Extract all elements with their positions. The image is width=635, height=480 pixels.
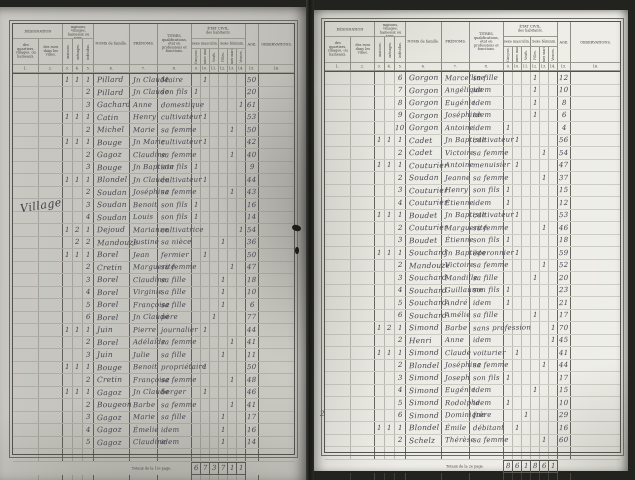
desig-hameau bbox=[325, 222, 351, 234]
etat-civil-mark bbox=[513, 385, 522, 397]
nom-cell: Cadet bbox=[406, 147, 442, 159]
no-individu: 1 bbox=[395, 322, 406, 334]
etat-civil-mark: 1 bbox=[513, 210, 522, 222]
prenom-cell: Marguerite bbox=[442, 222, 470, 234]
no-maison: 1 bbox=[63, 387, 73, 399]
etat-civil-mark bbox=[201, 412, 210, 424]
no-maison bbox=[375, 85, 385, 97]
titre-cell: cultivateur bbox=[158, 112, 192, 124]
etat-civil-mark bbox=[210, 237, 219, 249]
no-menage bbox=[385, 97, 395, 109]
titre-cell: sa fille bbox=[158, 287, 192, 299]
titre-cell: sa fille bbox=[158, 299, 192, 311]
etat-civil-mark bbox=[504, 272, 513, 284]
titre-cell: idem bbox=[470, 297, 504, 309]
etat-civil-mark: 1 bbox=[549, 335, 558, 347]
etat-civil-mark bbox=[549, 422, 558, 434]
desig-rue bbox=[351, 410, 375, 422]
desig-rue bbox=[351, 247, 375, 259]
observations-cell bbox=[259, 324, 294, 336]
observations-cell bbox=[571, 72, 620, 84]
desig-hameau bbox=[325, 197, 351, 209]
etat-civil-mark bbox=[540, 397, 549, 409]
desig-rue bbox=[39, 424, 63, 436]
etat-civil-mark bbox=[513, 222, 522, 234]
observations-cell bbox=[571, 297, 620, 309]
no-maison bbox=[63, 149, 73, 161]
observations-cell bbox=[571, 97, 620, 109]
titre-cell: sa femme bbox=[158, 374, 192, 386]
no-menage bbox=[385, 172, 395, 184]
table-row: 6SouchardAméliesa fille117 bbox=[325, 310, 620, 323]
etat-civil-mark bbox=[192, 424, 201, 436]
etat-civil-mark bbox=[237, 174, 246, 186]
no-individu: 2 bbox=[395, 147, 406, 159]
etat-civil-mark bbox=[210, 199, 219, 211]
prenom-cell: André bbox=[442, 297, 470, 309]
etat-civil-mark bbox=[237, 74, 246, 86]
desig-rue bbox=[39, 399, 63, 411]
desig-hameau bbox=[325, 235, 351, 247]
nom-cell: Mandouze bbox=[94, 237, 130, 249]
nom-cell: Juin bbox=[94, 349, 130, 361]
prenom-cell: Émelie bbox=[130, 424, 158, 436]
etat-civil-mark bbox=[201, 287, 210, 299]
no-menage bbox=[385, 372, 395, 384]
observations-cell bbox=[259, 124, 294, 136]
prenom-cell: Jn Marie bbox=[130, 137, 158, 149]
etat-civil-mark bbox=[549, 347, 558, 359]
desig-rue bbox=[39, 87, 63, 99]
etat-civil-mark bbox=[522, 72, 531, 84]
observations-cell bbox=[259, 199, 294, 211]
no-maison bbox=[63, 212, 73, 224]
etat-civil-mark bbox=[513, 372, 522, 384]
no-menage bbox=[73, 337, 83, 349]
desig-hameau bbox=[13, 299, 39, 311]
age-cell: 17 bbox=[558, 310, 571, 322]
etat-civil-mark bbox=[192, 74, 201, 86]
etat-civil-mark bbox=[513, 285, 522, 297]
prenom-cell: Claudine bbox=[130, 437, 158, 449]
prenom-cell: Barbe bbox=[130, 399, 158, 411]
etat-civil-mark bbox=[540, 197, 549, 209]
etat-civil-mark bbox=[549, 410, 558, 422]
etat-civil-mark: 1 bbox=[201, 174, 210, 186]
age-cell: 12 bbox=[558, 197, 571, 209]
col-number: 8. bbox=[158, 65, 192, 73]
etat-civil-mark bbox=[531, 185, 540, 197]
etat-civil-mark bbox=[522, 197, 531, 209]
no-maison bbox=[375, 260, 385, 272]
desig-hameau bbox=[325, 347, 351, 359]
etat-civil-mark bbox=[504, 410, 513, 422]
no-menage bbox=[73, 187, 83, 199]
no-individu: 4 bbox=[83, 424, 94, 436]
desig-hameau bbox=[13, 412, 39, 424]
table-row: 6GorgonMarcellinesa fille112 bbox=[325, 72, 620, 85]
titre-cell: idem bbox=[470, 197, 504, 209]
etat-civil-mark: 1 bbox=[228, 187, 237, 199]
etat-civil-mark: 1 bbox=[192, 212, 201, 224]
etat-civil-mark bbox=[228, 224, 237, 236]
table-row: 2CretinMargueritesa femme147 bbox=[13, 262, 294, 275]
no-maison: 1 bbox=[375, 135, 385, 147]
titre-cell: son fils bbox=[158, 162, 192, 174]
no-menage bbox=[385, 360, 395, 372]
no-menage bbox=[385, 335, 395, 347]
etat-civil-mark: 1 bbox=[201, 362, 210, 374]
prenom-cell: Angélique bbox=[442, 85, 470, 97]
etat-civil-mark bbox=[237, 387, 246, 399]
book-binding bbox=[306, 0, 314, 480]
col-age: AGE. bbox=[558, 22, 571, 63]
no-maison bbox=[63, 349, 73, 361]
col-menages: ménages. bbox=[73, 39, 83, 65]
etat-civil-mark: 1 bbox=[504, 197, 513, 209]
etat-civil-mark bbox=[228, 212, 237, 224]
etat-civil-mark bbox=[522, 435, 531, 447]
titre-cell: cultivatrice bbox=[158, 224, 192, 236]
nom-cell: Couturier bbox=[406, 197, 442, 209]
desig-hameau bbox=[13, 74, 39, 86]
age-cell: 4 bbox=[558, 122, 571, 134]
etat-civil-mark: 1 bbox=[513, 347, 522, 359]
etat-civil-mark bbox=[513, 122, 522, 134]
no-individu: 2 bbox=[83, 374, 94, 386]
no-menage: 1 bbox=[385, 247, 395, 259]
desig-rue bbox=[39, 437, 63, 449]
nom-cell: Souchard bbox=[406, 247, 442, 259]
etat-civil-mark: 1 bbox=[513, 247, 522, 259]
desig-hameau bbox=[325, 397, 351, 409]
no-maison bbox=[63, 124, 73, 136]
age-cell: 50 bbox=[246, 362, 259, 374]
col-number: 15. bbox=[558, 63, 571, 71]
etat-civil-mark bbox=[522, 172, 531, 184]
observations-cell bbox=[571, 197, 620, 209]
age-cell: 16 bbox=[246, 424, 259, 436]
desig-rue bbox=[351, 85, 375, 97]
desig-hameau bbox=[325, 72, 351, 84]
etat-civil-mark bbox=[237, 399, 246, 411]
no-menage bbox=[73, 124, 83, 136]
etat-civil-mark bbox=[540, 97, 549, 109]
titre-cell: sa fille bbox=[158, 349, 192, 361]
col-number: 5. bbox=[395, 63, 406, 71]
etat-civil-mark bbox=[540, 410, 549, 422]
etat-civil-mark: 1 bbox=[219, 237, 228, 249]
etat-civil-mark bbox=[504, 385, 513, 397]
etat-civil-mark bbox=[201, 437, 210, 449]
no-individu: 2 bbox=[83, 87, 94, 99]
etat-civil-mark bbox=[192, 287, 201, 299]
no-individu: 1 bbox=[83, 174, 94, 186]
table-row: 3GachardAnnedomestique161 bbox=[13, 99, 294, 112]
titre-cell: Maire bbox=[158, 74, 192, 86]
etat-civil-mark bbox=[228, 324, 237, 336]
desig-hameau bbox=[13, 124, 39, 136]
etat-civil-mark: 1 bbox=[201, 137, 210, 149]
no-individu: 7 bbox=[395, 85, 406, 97]
etat-civil-mark bbox=[522, 272, 531, 284]
table-row: 4CouturierÉtienneidem112 bbox=[325, 197, 620, 210]
no-individu: 2 bbox=[395, 222, 406, 234]
desig-hameau bbox=[13, 249, 39, 261]
age-cell: 77 bbox=[246, 312, 259, 324]
etat-civil-mark bbox=[228, 87, 237, 99]
etat-civil-mark bbox=[513, 172, 522, 184]
no-individu: 2 bbox=[83, 262, 94, 274]
col-etat-civil-sub: Filles. bbox=[531, 47, 540, 63]
no-menage bbox=[73, 274, 83, 286]
etat-civil-mark bbox=[210, 399, 219, 411]
table-row: 9GorgonJoséphineidem16 bbox=[325, 110, 620, 123]
etat-civil-mark: 1 bbox=[237, 224, 246, 236]
no-individu: 10 bbox=[395, 122, 406, 134]
no-maison bbox=[63, 437, 73, 449]
etat-civil-mark bbox=[513, 72, 522, 84]
etat-civil-mark bbox=[531, 397, 540, 409]
etat-civil-mark bbox=[201, 299, 210, 311]
no-maison bbox=[375, 185, 385, 197]
etat-civil-mark bbox=[549, 197, 558, 209]
desig-rue bbox=[351, 147, 375, 159]
no-individu: 2 bbox=[395, 172, 406, 184]
no-maison: 1 bbox=[63, 224, 73, 236]
no-individu: 3 bbox=[83, 199, 94, 211]
no-individu: 9 bbox=[395, 110, 406, 122]
table-row: 111BlondelJn Claudecultivateur144 bbox=[13, 174, 294, 187]
nom-cell: Boudet bbox=[406, 235, 442, 247]
titre-cell: journalier bbox=[158, 324, 192, 336]
col-titres: TITRES, qualifications, état ou professi… bbox=[470, 22, 504, 63]
observations-cell bbox=[571, 235, 620, 247]
titre-cell: sa femme bbox=[158, 337, 192, 349]
nom-cell: Borel bbox=[94, 312, 130, 324]
etat-civil-mark bbox=[540, 422, 549, 434]
etat-civil-mark bbox=[219, 262, 228, 274]
age-cell: 8 bbox=[558, 97, 571, 109]
etat-civil-mark bbox=[228, 237, 237, 249]
etat-civil-mark bbox=[522, 372, 531, 384]
titre-cell: son fils bbox=[158, 199, 192, 211]
titre-cell: sa femme bbox=[158, 399, 192, 411]
etat-civil-mark: 1 bbox=[504, 122, 513, 134]
etat-civil-mark bbox=[237, 312, 246, 324]
etat-civil-mark bbox=[522, 385, 531, 397]
etat-civil-mark bbox=[210, 412, 219, 424]
nom-cell: Schelz bbox=[406, 435, 442, 447]
etat-civil-mark bbox=[228, 99, 237, 111]
table-row: 6SimondDominiquefrère129 bbox=[325, 410, 620, 423]
etat-civil-mark bbox=[540, 135, 549, 147]
filler-row bbox=[325, 473, 620, 480]
observations-cell bbox=[259, 299, 294, 311]
nom-cell: Bougeon bbox=[94, 399, 130, 411]
no-maison bbox=[375, 110, 385, 122]
col-number: 14. bbox=[549, 63, 558, 71]
etat-civil-mark bbox=[201, 262, 210, 274]
no-individu: 1 bbox=[83, 324, 94, 336]
table-row: 4SoudanLouisson fils114 bbox=[13, 212, 294, 225]
etat-civil-mark bbox=[228, 74, 237, 86]
etat-civil-mark bbox=[531, 172, 540, 184]
nom-cell: Soudan bbox=[94, 187, 130, 199]
observations-cell bbox=[259, 287, 294, 299]
etat-civil-mark bbox=[210, 212, 219, 224]
no-menage bbox=[385, 222, 395, 234]
etat-civil-mark bbox=[504, 310, 513, 322]
desig-hameau bbox=[325, 147, 351, 159]
no-maison bbox=[63, 312, 73, 324]
col-sexe-masculin: Sexe masculin. bbox=[504, 37, 531, 47]
etat-civil-mark bbox=[549, 97, 558, 109]
age-cell: 46 bbox=[246, 387, 259, 399]
etat-civil-mark bbox=[549, 297, 558, 309]
nom-cell: Gagoz bbox=[94, 412, 130, 424]
col-number: 16. bbox=[259, 65, 294, 73]
desig-hameau bbox=[325, 297, 351, 309]
desig-rue bbox=[39, 74, 63, 86]
col-number: 1. bbox=[13, 65, 39, 73]
age-cell: 54 bbox=[558, 147, 571, 159]
etat-civil-mark: 1 bbox=[504, 297, 513, 309]
etat-civil-mark: 1 bbox=[540, 260, 549, 272]
table-row: 4GagozÉmelieidem116 bbox=[13, 424, 294, 437]
no-maison: 1 bbox=[63, 174, 73, 186]
col-number: 13. bbox=[540, 63, 549, 71]
etat-civil-mark bbox=[201, 424, 210, 436]
no-individu: 2 bbox=[83, 237, 94, 249]
no-menage bbox=[385, 410, 395, 422]
etat-civil-mark bbox=[201, 212, 210, 224]
etat-civil-mark bbox=[513, 260, 522, 272]
etat-civil-mark bbox=[513, 110, 522, 122]
etat-civil-mark: 1 bbox=[210, 312, 219, 324]
etat-civil-mark bbox=[219, 162, 228, 174]
etat-civil-mark bbox=[504, 85, 513, 97]
etat-civil-mark bbox=[210, 374, 219, 386]
no-maison bbox=[375, 310, 385, 322]
titre-cell: son fils bbox=[470, 235, 504, 247]
etat-civil-mark bbox=[531, 222, 540, 234]
table-row: 5BorelFrançoisesa fille16 bbox=[13, 299, 294, 312]
etat-civil-mark bbox=[522, 122, 531, 134]
etat-civil-mark bbox=[228, 274, 237, 286]
no-menage: 1 bbox=[73, 74, 83, 86]
age-cell: 23 bbox=[558, 285, 571, 297]
observations-cell bbox=[259, 187, 294, 199]
desig-hameau bbox=[13, 99, 39, 111]
etat-civil-mark bbox=[549, 260, 558, 272]
no-menage: 1 bbox=[73, 387, 83, 399]
no-individu: 5 bbox=[83, 437, 94, 449]
no-maison bbox=[375, 72, 385, 84]
desig-hameau bbox=[13, 262, 39, 274]
table-row: 2CadetVictoiresa femme154 bbox=[325, 147, 620, 160]
desig-hameau bbox=[325, 322, 351, 334]
age-cell: 47 bbox=[246, 262, 259, 274]
desig-rue bbox=[351, 335, 375, 347]
observations-cell bbox=[571, 160, 620, 172]
no-menage: 1 bbox=[385, 422, 395, 434]
col-sexe-masculin: Sexe masculin. bbox=[192, 39, 219, 49]
observations-cell bbox=[259, 424, 294, 436]
etat-civil-mark bbox=[228, 249, 237, 261]
no-maison bbox=[375, 272, 385, 284]
etat-civil-mark: 1 bbox=[504, 372, 513, 384]
right-page: DÉSIGNATION des quartiers, villages, ou … bbox=[314, 10, 628, 471]
etat-civil-mark bbox=[531, 297, 540, 309]
col-numeros: NUMÉROS des maisons, villages, hameaux o… bbox=[375, 22, 406, 37]
etat-civil-mark bbox=[219, 87, 228, 99]
nom-cell: Bouge bbox=[94, 362, 130, 374]
etat-civil-mark bbox=[210, 162, 219, 174]
no-menage bbox=[385, 110, 395, 122]
col-etat-civil-sub: Femmes mariées. bbox=[540, 47, 549, 63]
no-maison bbox=[63, 199, 73, 211]
etat-civil-mark bbox=[549, 310, 558, 322]
desig-hameau bbox=[13, 237, 39, 249]
etat-civil-mark bbox=[522, 235, 531, 247]
col-number: 10. bbox=[201, 65, 210, 73]
no-individu: 2 bbox=[83, 149, 94, 161]
table-body: 111PillardJn ClaudeMaire1502PillardJn Cl… bbox=[13, 74, 294, 480]
no-individu: 1 bbox=[83, 137, 94, 149]
no-menage: 1 bbox=[73, 324, 83, 336]
col-etat-civil-sub: Femmes mariées. bbox=[228, 49, 237, 65]
etat-civil-mark bbox=[219, 374, 228, 386]
desig-rue bbox=[39, 262, 63, 274]
prenom-cell: Jn Claude bbox=[130, 74, 158, 86]
etat-civil-mark bbox=[540, 122, 549, 134]
observations-cell bbox=[259, 349, 294, 361]
no-individu: 1 bbox=[395, 135, 406, 147]
observations-cell bbox=[259, 262, 294, 274]
etat-civil-mark bbox=[531, 360, 540, 372]
table-row: 2SchelzThérèsesa femme160 bbox=[325, 435, 620, 448]
col-etat-civil-sub: Hommes mariés. bbox=[201, 49, 210, 65]
prenom-cell: Eugénie bbox=[442, 385, 470, 397]
no-individu: 1 bbox=[83, 249, 94, 261]
observations-cell bbox=[259, 437, 294, 449]
no-individu: 2 bbox=[83, 399, 94, 411]
etat-civil-mark bbox=[210, 274, 219, 286]
table-row: 8GorgonEugénieidem18 bbox=[325, 97, 620, 110]
no-maison bbox=[63, 424, 73, 436]
etat-civil-mark: 1 bbox=[228, 399, 237, 411]
nom-cell: Blondel bbox=[94, 174, 130, 186]
no-individu: 4 bbox=[395, 385, 406, 397]
etat-civil-mark bbox=[237, 162, 246, 174]
totals-row: Totaux de la 1re page.673711 bbox=[13, 462, 294, 475]
age-cell: 41 bbox=[246, 399, 259, 411]
no-maison bbox=[375, 397, 385, 409]
etat-civil-mark bbox=[192, 312, 201, 324]
etat-civil-mark bbox=[201, 399, 210, 411]
etat-civil-mark bbox=[210, 387, 219, 399]
etat-civil-mark bbox=[540, 347, 549, 359]
titre-cell: sa femme bbox=[470, 222, 504, 234]
no-individu: 3 bbox=[395, 372, 406, 384]
desig-hameau bbox=[325, 272, 351, 284]
nom-cell: Blondel bbox=[406, 422, 442, 434]
etat-civil-mark bbox=[210, 124, 219, 136]
etat-civil-mark bbox=[219, 74, 228, 86]
etat-civil-mark bbox=[531, 147, 540, 159]
etat-civil-mark bbox=[201, 87, 210, 99]
